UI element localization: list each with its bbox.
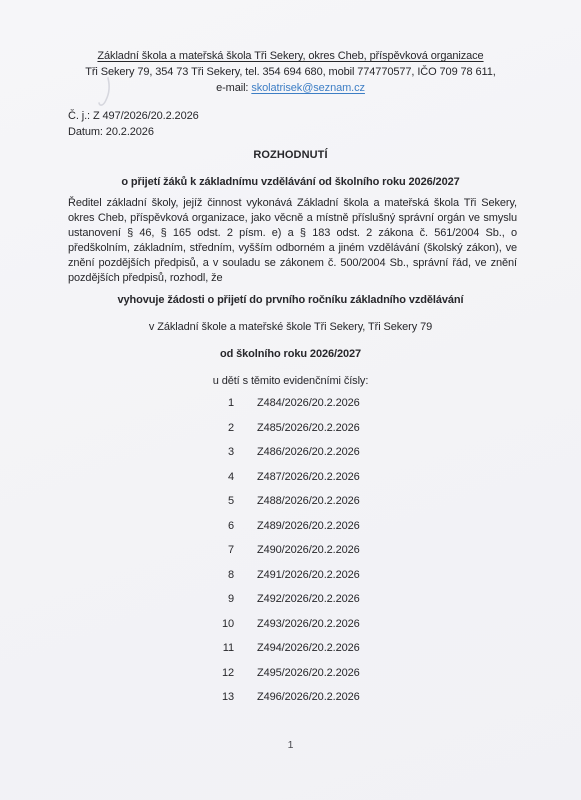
registry-row: 13Z496/2026/20.2.2026 [200, 690, 360, 705]
organization-address: Tři Sekery 79, 354 73 Tři Sekery, tel. 3… [66, 64, 515, 80]
document-meta: Č. j.: Z 497/2026/20.2.2026 Datum: 20.2.… [68, 108, 199, 140]
registry-row-code: Z486/2026/20.2.2026 [257, 446, 360, 458]
verdict-line-3: od školního roku 2026/2027 [66, 347, 515, 362]
decision-body-paragraph: Ředitel základní školy, jejíž činnost vy… [68, 196, 517, 285]
registry-row-code: Z494/2026/20.2.2026 [257, 642, 360, 654]
registry-row-number: 11 [200, 641, 234, 656]
registry-row-code: Z487/2026/20.2.2026 [257, 471, 360, 483]
registry-row-number: 3 [200, 445, 234, 460]
registry-row: 9Z492/2026/20.2.2026 [200, 592, 360, 607]
email-label: e-mail: [216, 82, 251, 94]
page-number: 1 [66, 738, 515, 753]
registry-row: 10Z493/2026/20.2.2026 [200, 617, 360, 632]
registry-row: 2Z485/2026/20.2.2026 [200, 421, 360, 436]
organization-email-line: e-mail: skolatrisek@seznam.cz [66, 80, 515, 96]
registry-row-number: 5 [200, 494, 234, 509]
registry-row-number: 12 [200, 666, 234, 681]
registry-row: 7Z490/2026/20.2.2026 [200, 543, 360, 558]
verdict-line-1: vyhovuje žádosti o přijetí do prvního ro… [66, 293, 515, 308]
registry-row: 11Z494/2026/20.2.2026 [200, 641, 360, 656]
verdict-line-2: v Základní škole a mateřské škole Tři Se… [66, 320, 515, 335]
registry-row-code: Z489/2026/20.2.2026 [257, 520, 360, 532]
scanned-document-page: Základní škola a mateřská škola Tři Seke… [0, 0, 581, 800]
registry-row-code: Z492/2026/20.2.2026 [257, 593, 360, 605]
registry-row: 4Z487/2026/20.2.2026 [200, 470, 360, 485]
registry-row-code: Z490/2026/20.2.2026 [257, 544, 360, 556]
registry-row: 12Z495/2026/20.2.2026 [200, 666, 360, 681]
registry-list: 1Z484/2026/20.2.20262Z485/2026/20.2.2026… [200, 396, 360, 715]
registry-row-code: Z495/2026/20.2.2026 [257, 667, 360, 679]
registry-row-code: Z491/2026/20.2.2026 [257, 569, 360, 581]
document-subtitle: o přijetí žáků k základnímu vzdělávání o… [66, 175, 515, 190]
registry-list-intro: u dětí s těmito evidenčními čísly: [66, 374, 515, 389]
registry-row-code: Z488/2026/20.2.2026 [257, 495, 360, 507]
document-title: ROZHODNUTÍ [66, 148, 515, 163]
registry-row: 5Z488/2026/20.2.2026 [200, 494, 360, 509]
registry-row: 8Z491/2026/20.2.2026 [200, 568, 360, 583]
registry-row-number: 2 [200, 421, 234, 436]
registry-row-number: 7 [200, 543, 234, 558]
registry-row-code: Z493/2026/20.2.2026 [257, 618, 360, 630]
document-date: Datum: 20.2.2026 [68, 124, 199, 140]
letterhead: Základní škola a mateřská škola Tři Seke… [66, 48, 515, 96]
registry-row-number: 1 [200, 396, 234, 411]
registry-row-code: Z485/2026/20.2.2026 [257, 422, 360, 434]
registry-row-code: Z484/2026/20.2.2026 [257, 397, 360, 409]
registry-row: 1Z484/2026/20.2.2026 [200, 396, 360, 411]
email-link[interactable]: skolatrisek@seznam.cz [251, 82, 365, 94]
registry-row-number: 6 [200, 519, 234, 534]
registry-row-number: 13 [200, 690, 234, 705]
registry-row-number: 8 [200, 568, 234, 583]
registry-row-code: Z496/2026/20.2.2026 [257, 691, 360, 703]
registry-row-number: 4 [200, 470, 234, 485]
registry-row-number: 9 [200, 592, 234, 607]
registry-row-number: 10 [200, 617, 234, 632]
registry-row: 3Z486/2026/20.2.2026 [200, 445, 360, 460]
registry-row: 6Z489/2026/20.2.2026 [200, 519, 360, 534]
reference-number: Č. j.: Z 497/2026/20.2.2026 [68, 108, 199, 124]
organization-name: Základní škola a mateřská škola Tři Seke… [66, 48, 515, 64]
